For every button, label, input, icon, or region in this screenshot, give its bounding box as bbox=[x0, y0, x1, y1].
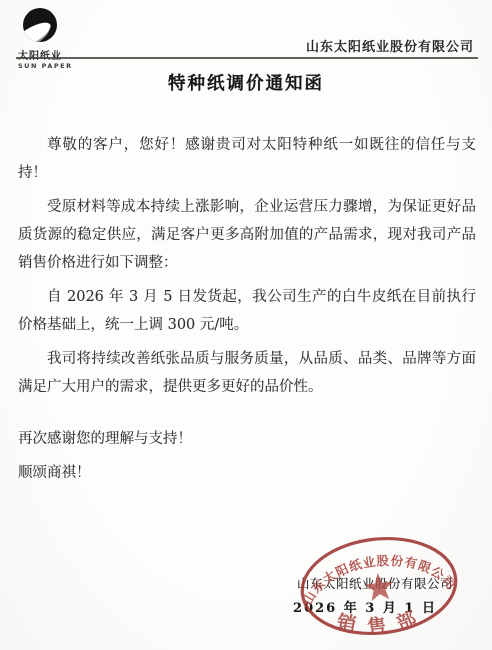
body-paragraph: 尊敬的客户，您好！感谢贵司对太阳特种纸一如既往的信任与支持！ bbox=[18, 131, 476, 187]
sun-logo-icon bbox=[18, 6, 62, 46]
body-paragraph: 我司将持续改善纸张品质与服务质量，从品质、品类、品牌等方面满足广大用户的需求，提… bbox=[18, 345, 476, 401]
document-title: 特种纸调价通知函 bbox=[0, 70, 492, 95]
company-stamp: 山东太阳纸业股份有限公司 销售部 bbox=[277, 514, 481, 650]
header-divider bbox=[16, 57, 478, 59]
closing-salute: 顺颂商祺！ bbox=[18, 459, 476, 487]
document-page: 太阳纸业 SUN PAPER 山东太阳纸业股份有限公司 特种纸调价通知函 尊敬的… bbox=[0, 0, 492, 650]
body-paragraph: 自 2026 年 3 月 5 日发货起，我公司生产的白牛皮纸在目前执行价格基础上… bbox=[18, 283, 476, 339]
logo-text-cn: 太阳纸业 bbox=[18, 47, 88, 62]
body-paragraph: 受原材料等成本持续上涨影响，企业运营压力骤增，为保证更好品质货源的稳定供应，满足… bbox=[18, 193, 476, 277]
stamp-star-icon bbox=[363, 572, 394, 602]
letter-body: 尊敬的客户，您好！感谢贵司对太阳特种纸一如既往的信任与支持！ 受原材料等成本持续… bbox=[18, 131, 476, 493]
closing-thanks: 再次感谢您的理解与支持！ bbox=[18, 425, 476, 453]
stamp-department-text: 销售部 bbox=[333, 601, 433, 642]
header-company-name: 山东太阳纸业股份有限公司 bbox=[306, 36, 474, 55]
sun-paper-logo: 太阳纸业 SUN PAPER bbox=[18, 6, 88, 70]
logo-text-en: SUN PAPER bbox=[18, 62, 88, 70]
signature-block: 山东太阳纸业股份有限公司 2026 年 3 月 1 日 山东太阳纸业股份有限公司… bbox=[283, 524, 475, 648]
